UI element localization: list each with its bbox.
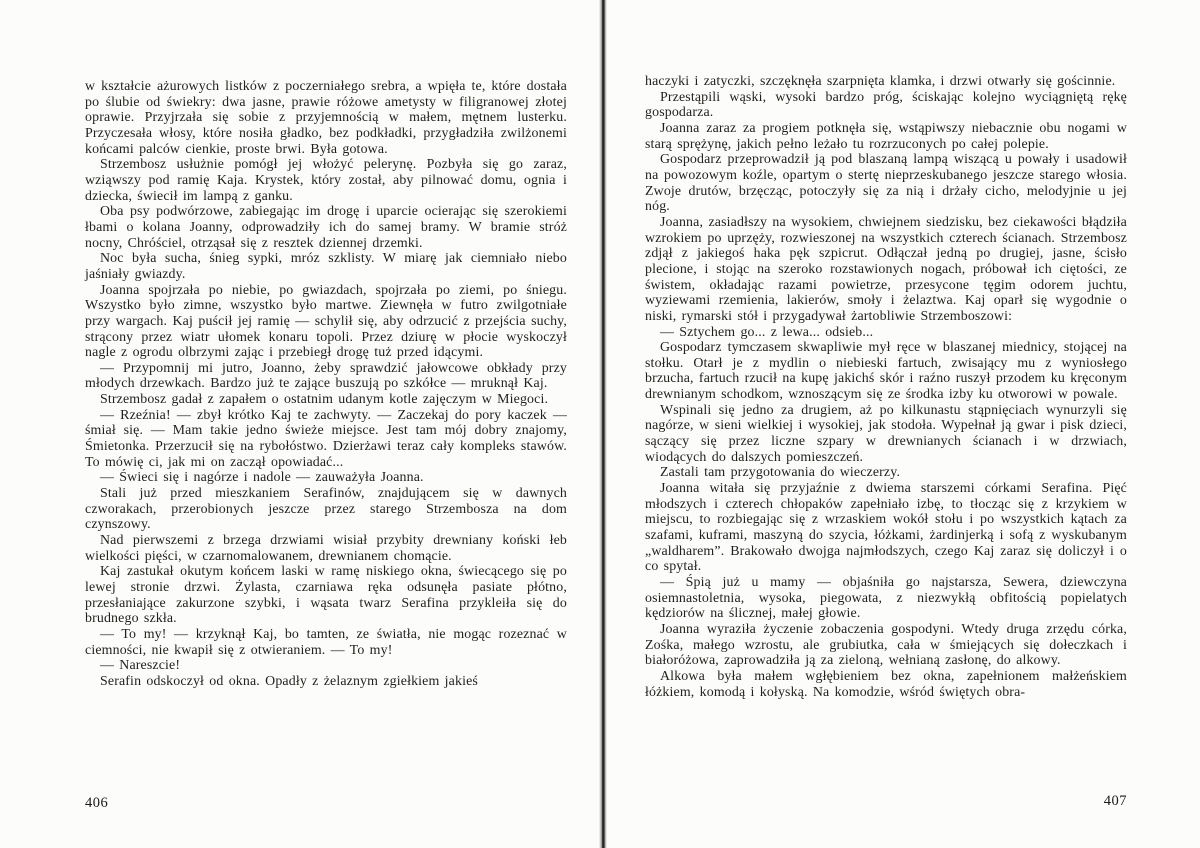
- paragraph: Gospodarz tymczasem skwapliwie mył ręce …: [645, 340, 1127, 403]
- left-page-text-column: w kształcie ażurowych listków z poczerni…: [85, 79, 567, 690]
- paragraph: Gospodarz przeprowadził ją pod blaszaną …: [645, 152, 1127, 215]
- paragraph: Joanna zaraz za progiem potknęła się, ws…: [645, 121, 1127, 152]
- paragraph: Wspinali się jedno za drugiem, aż po kil…: [645, 403, 1127, 466]
- paragraph: Strzembosz usłużnie pomógł jej włożyć pe…: [85, 157, 567, 204]
- paragraph: — To my! — krzyknął Kaj, bo tamten, ze ś…: [85, 627, 567, 658]
- paragraph: Zastali tam przygotowania do wieczerzy.: [645, 465, 1127, 481]
- paragraph: Serafin odskoczył od okna. Opadły z żela…: [85, 674, 567, 690]
- paragraph: — Nareszcie!: [85, 658, 567, 674]
- paragraph: — Sztychem go... z lewa... odsieb...: [645, 325, 1127, 341]
- paragraph: Joanna witała się przyjaźnie z dwiema st…: [645, 481, 1127, 575]
- paragraph: Noc była sucha, śnieg sypki, mróz szklis…: [85, 251, 567, 282]
- paragraph: Alkowa była małem wgłębieniem bez okna, …: [645, 669, 1127, 700]
- paragraph: — Rzeźnia! — zbył krótko Kaj te zachwyty…: [85, 408, 567, 471]
- paragraph: Stali już przed mieszkaniem Serafinów, z…: [85, 486, 567, 533]
- paragraph: Joanna wyraziła życzenie zobaczenia gosp…: [645, 622, 1127, 669]
- right-page-text-column: haczyki i zatyczki, szczęknęła szarpnięt…: [645, 74, 1127, 700]
- paragraph: — Przypomnij mi jutro, Joanno, żeby spra…: [85, 361, 567, 392]
- page-number-right: 407: [645, 793, 1127, 810]
- paragraph: Joanna spojrzała po niebie, po gwiazdach…: [85, 283, 567, 361]
- paragraph: — Świeci się i nagórze i nadole — zauważ…: [85, 470, 567, 486]
- paragraph: Strzembosz gadał z zapałem o ostatnim ud…: [85, 392, 567, 408]
- paragraph: Przestąpili wąski, wysoki bardzo próg, ś…: [645, 90, 1127, 121]
- paragraph: Oba psy podwórzowe, zabiegając im drogę …: [85, 204, 567, 251]
- paragraph: Joanna, zasiadłszy na wysokiem, chwiejne…: [645, 215, 1127, 325]
- page-gutter-divider: [599, 0, 607, 848]
- paragraph: — Śpią już u mamy — objaśniła go najstar…: [645, 575, 1127, 622]
- paragraph: Nad pierwszemi z brzega drzwiami wisiał …: [85, 533, 567, 564]
- page-number-left: 406: [85, 795, 108, 812]
- paragraph: haczyki i zatyczki, szczęknęła szarpnięt…: [645, 74, 1127, 90]
- paragraph: w kształcie ażurowych listków z poczerni…: [85, 79, 567, 157]
- paragraph: Kaj zastukał okutym końcem laski w ramę …: [85, 564, 567, 627]
